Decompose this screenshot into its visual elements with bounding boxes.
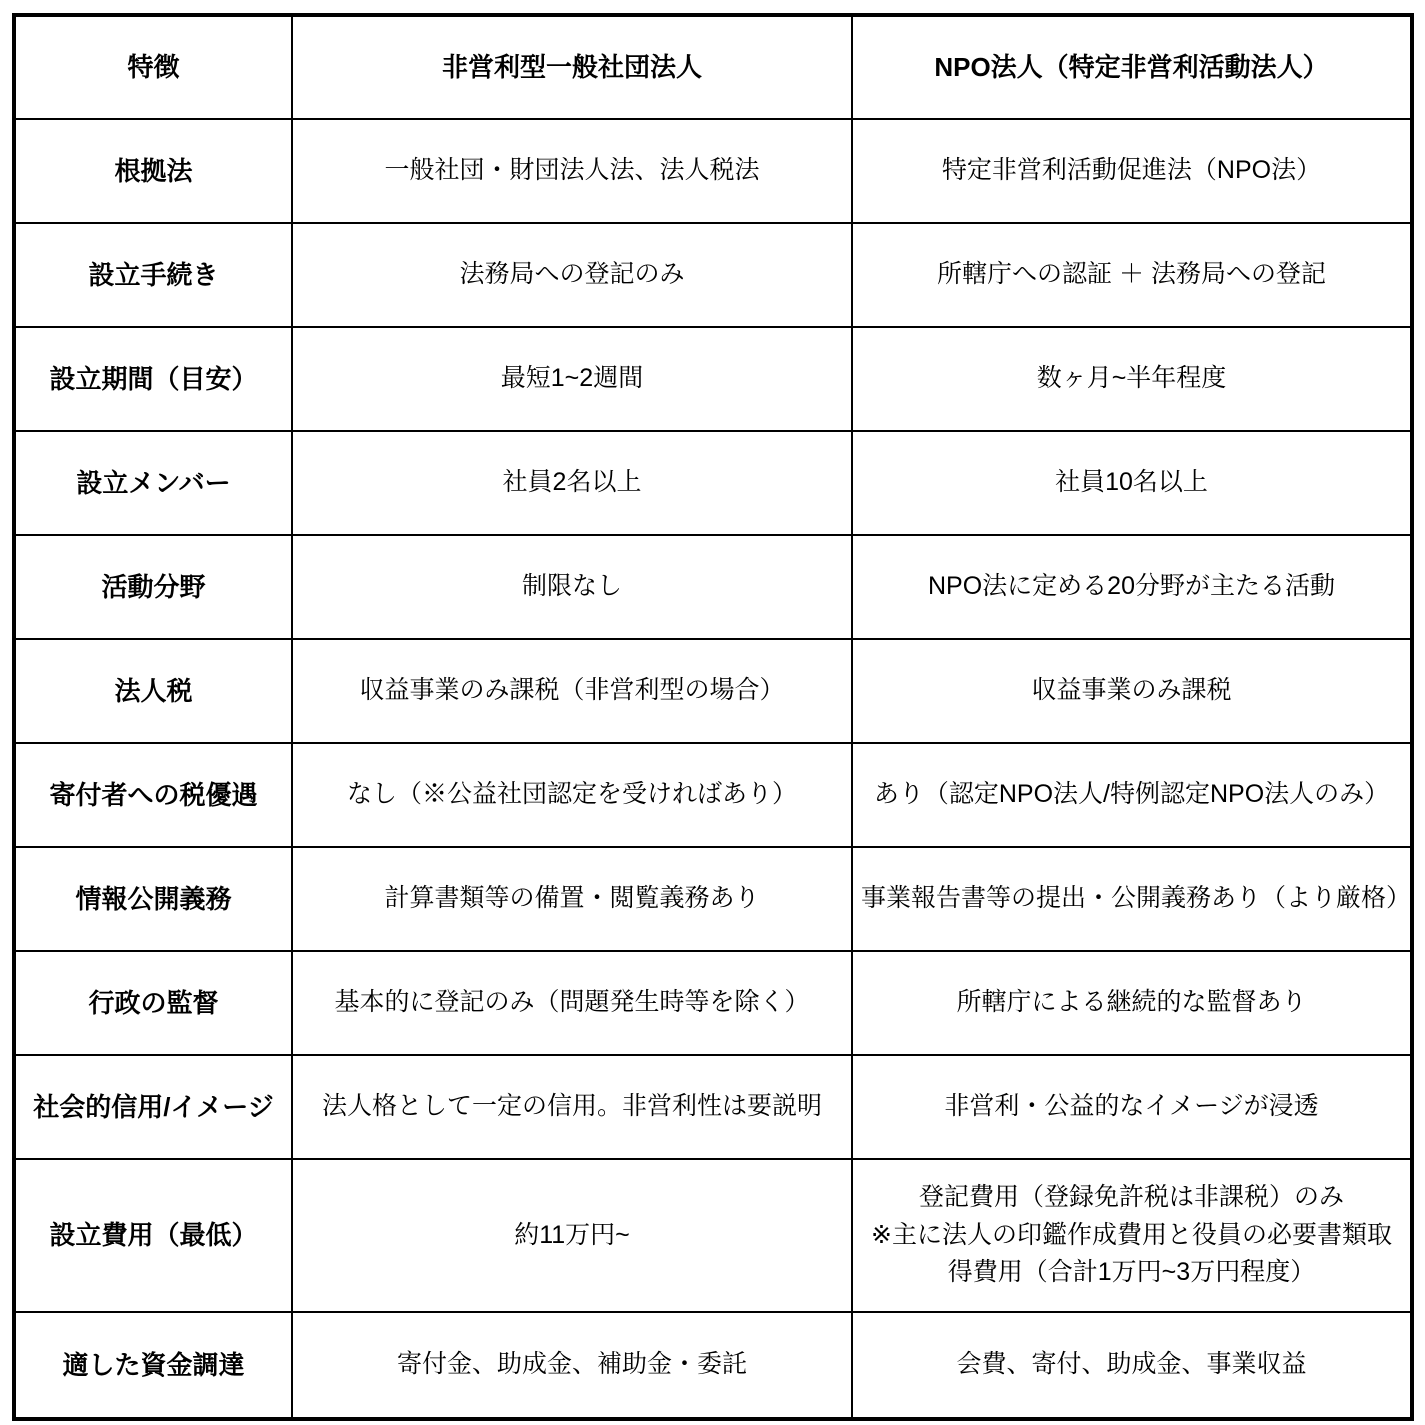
row-label-cell: 適した資金調達 xyxy=(14,1312,292,1419)
general-association-cell: 寄付金、助成金、補助金・委託 xyxy=(292,1312,852,1419)
row-label-cell: 根拠法 xyxy=(14,119,292,223)
row-label-cell: 設立手続き xyxy=(14,223,292,327)
table-row: 設立手続き 法務局への登記のみ 所轄庁への認証 ＋ 法務局への登記 xyxy=(14,223,1412,327)
general-association-cell: 最短1~2週間 xyxy=(292,327,852,431)
table-row: 行政の監督 基本的に登記のみ（問題発生時等を除く） 所轄庁による継続的な監督あり xyxy=(14,951,1412,1055)
general-association-cell: なし（※公益社団認定を受ければあり） xyxy=(292,743,852,847)
header-feature-cell: 特徴 xyxy=(14,15,292,119)
row-label-cell: 社会的信用/イメージ xyxy=(14,1055,292,1159)
table-row: 設立メンバー 社員2名以上 社員10名以上 xyxy=(14,431,1412,535)
header-npo-cell: NPO法人（特定非営利活動法人） xyxy=(852,15,1412,119)
row-label-cell: 設立費用（最低） xyxy=(14,1159,292,1312)
row-label-cell: 行政の監督 xyxy=(14,951,292,1055)
npo-cell: 所轄庁による継続的な監督あり xyxy=(852,951,1412,1055)
npo-cell: 登記費用（登録免許税は非課税）のみ ※主に法人の印鑑作成費用と役員の必要書類取得… xyxy=(852,1159,1412,1312)
npo-cell: 非営利・公益的なイメージが浸透 xyxy=(852,1055,1412,1159)
row-label-cell: 寄付者への税優遇 xyxy=(14,743,292,847)
row-label-cell: 活動分野 xyxy=(14,535,292,639)
npo-cell: 会費、寄付、助成金、事業収益 xyxy=(852,1312,1412,1419)
general-association-cell: 収益事業のみ課税（非営利型の場合） xyxy=(292,639,852,743)
table-row: 法人税 収益事業のみ課税（非営利型の場合） 収益事業のみ課税 xyxy=(14,639,1412,743)
general-association-cell: 法務局への登記のみ xyxy=(292,223,852,327)
table-row: 設立期間（目安） 最短1~2週間 数ヶ月~半年程度 xyxy=(14,327,1412,431)
npo-cell: 事業報告書等の提出・公開義務あり（より厳格） xyxy=(852,847,1412,951)
comparison-table: 特徴 非営利型一般社団法人 NPO法人（特定非営利活動法人） 根拠法 一般社団・… xyxy=(12,13,1414,1421)
npo-cell: 特定非営利活動促進法（NPO法） xyxy=(852,119,1412,223)
table-row: 社会的信用/イメージ 法人格として一定の信用。非営利性は要説明 非営利・公益的な… xyxy=(14,1055,1412,1159)
table-row: 情報公開義務 計算書類等の備置・閲覧義務あり 事業報告書等の提出・公開義務あり（… xyxy=(14,847,1412,951)
header-row: 特徴 非営利型一般社団法人 NPO法人（特定非営利活動法人） xyxy=(14,15,1412,119)
row-label-cell: 設立メンバー xyxy=(14,431,292,535)
row-label-cell: 法人税 xyxy=(14,639,292,743)
general-association-cell: 制限なし xyxy=(292,535,852,639)
npo-cell: あり（認定NPO法人/特例認定NPO法人のみ） xyxy=(852,743,1412,847)
table-row: 適した資金調達 寄付金、助成金、補助金・委託 会費、寄付、助成金、事業収益 xyxy=(14,1312,1412,1419)
row-label-cell: 情報公開義務 xyxy=(14,847,292,951)
npo-cell: 社員10名以上 xyxy=(852,431,1412,535)
npo-cell: 数ヶ月~半年程度 xyxy=(852,327,1412,431)
table-row: 設立費用（最低） 約11万円~ 登記費用（登録免許税は非課税）のみ ※主に法人の… xyxy=(14,1159,1412,1312)
general-association-cell: 計算書類等の備置・閲覧義務あり xyxy=(292,847,852,951)
general-association-cell: 基本的に登記のみ（問題発生時等を除く） xyxy=(292,951,852,1055)
row-label-cell: 設立期間（目安） xyxy=(14,327,292,431)
general-association-cell: 法人格として一定の信用。非営利性は要説明 xyxy=(292,1055,852,1159)
table-row: 活動分野 制限なし NPO法に定める20分野が主たる活動 xyxy=(14,535,1412,639)
npo-cell: 収益事業のみ課税 xyxy=(852,639,1412,743)
table-row: 寄付者への税優遇 なし（※公益社団認定を受ければあり） あり（認定NPO法人/特… xyxy=(14,743,1412,847)
general-association-cell: 社員2名以上 xyxy=(292,431,852,535)
general-association-cell: 一般社団・財団法人法、法人税法 xyxy=(292,119,852,223)
header-general-association-cell: 非営利型一般社団法人 xyxy=(292,15,852,119)
table-row: 根拠法 一般社団・財団法人法、法人税法 特定非営利活動促進法（NPO法） xyxy=(14,119,1412,223)
npo-cell: NPO法に定める20分野が主たる活動 xyxy=(852,535,1412,639)
general-association-cell: 約11万円~ xyxy=(292,1159,852,1312)
npo-cell: 所轄庁への認証 ＋ 法務局への登記 xyxy=(852,223,1412,327)
